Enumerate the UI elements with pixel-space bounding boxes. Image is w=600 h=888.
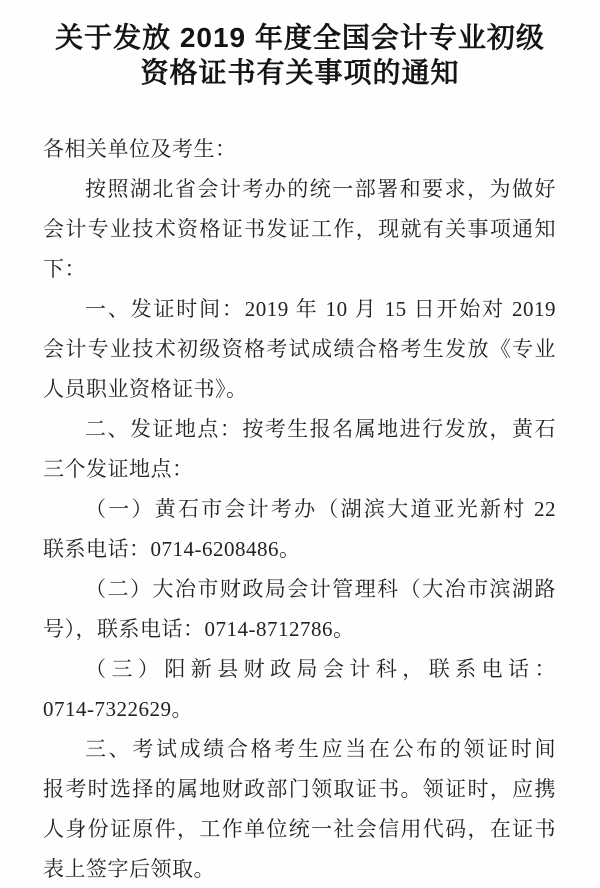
text-line: （三）阳新县财政局会计科，联系电话： xyxy=(43,649,556,689)
notice-title: 关于发放 2019 年度全国会计专业初级 资格证书有关事项的通知 xyxy=(0,20,600,90)
notice-document: 关于发放 2019 年度全国会计专业初级 资格证书有关事项的通知 各相关单位及考… xyxy=(0,0,600,888)
text-line: 各相关单位及考生： xyxy=(43,129,556,169)
text-line: 一、发证时间：2019 年 10 月 15 日开始对 2019 年度 xyxy=(43,289,556,329)
text-line: 三、考试成绩合格考生应当在公布的领证时间内，到 xyxy=(43,729,556,769)
notice-title-line-1: 关于发放 2019 年度全国会计专业初级 xyxy=(40,20,560,55)
text-line: 人身份证原件，工作单位统一社会信用代码，在证书签收 xyxy=(43,809,556,849)
text-line: 报考时选择的属地财政部门领取证书。领证时，应携带本 xyxy=(43,769,556,809)
text-line: 会计专业技术初级资格考试成绩合格考生发放《专业技术 xyxy=(43,329,556,369)
text-line: 联系电话：0714-6208486。 xyxy=(43,529,556,569)
text-line: 三个发证地点： xyxy=(43,449,556,489)
text-line: （二）大冶市财政局会计管理科（大冶市滨湖路 15 xyxy=(43,569,556,609)
text-line: 号），联系电话：0714-8712786。 xyxy=(43,609,556,649)
text-line: （一）黄石市会计考办（湖滨大道亚光新村 22 栋）， xyxy=(43,489,556,529)
text-line: 0714-7322629。 xyxy=(43,689,556,729)
text-line: 下： xyxy=(43,249,556,289)
text-line: 表上签字后领取。 xyxy=(43,849,556,888)
notice-body: 各相关单位及考生：按照湖北省会计考办的统一部署和要求，为做好我市会计专业技术资格… xyxy=(0,129,600,888)
text-line: 二、发证地点：按考生报名属地进行发放，黄石市设 xyxy=(43,409,556,449)
text-line: 会计专业技术资格证书发证工作，现就有关事项通知如 xyxy=(43,209,556,249)
text-line: 按照湖北省会计考办的统一部署和要求，为做好我市 xyxy=(43,169,556,209)
text-line: 人员职业资格证书》。 xyxy=(43,369,556,409)
notice-title-line-2: 资格证书有关事项的通知 xyxy=(40,55,560,90)
